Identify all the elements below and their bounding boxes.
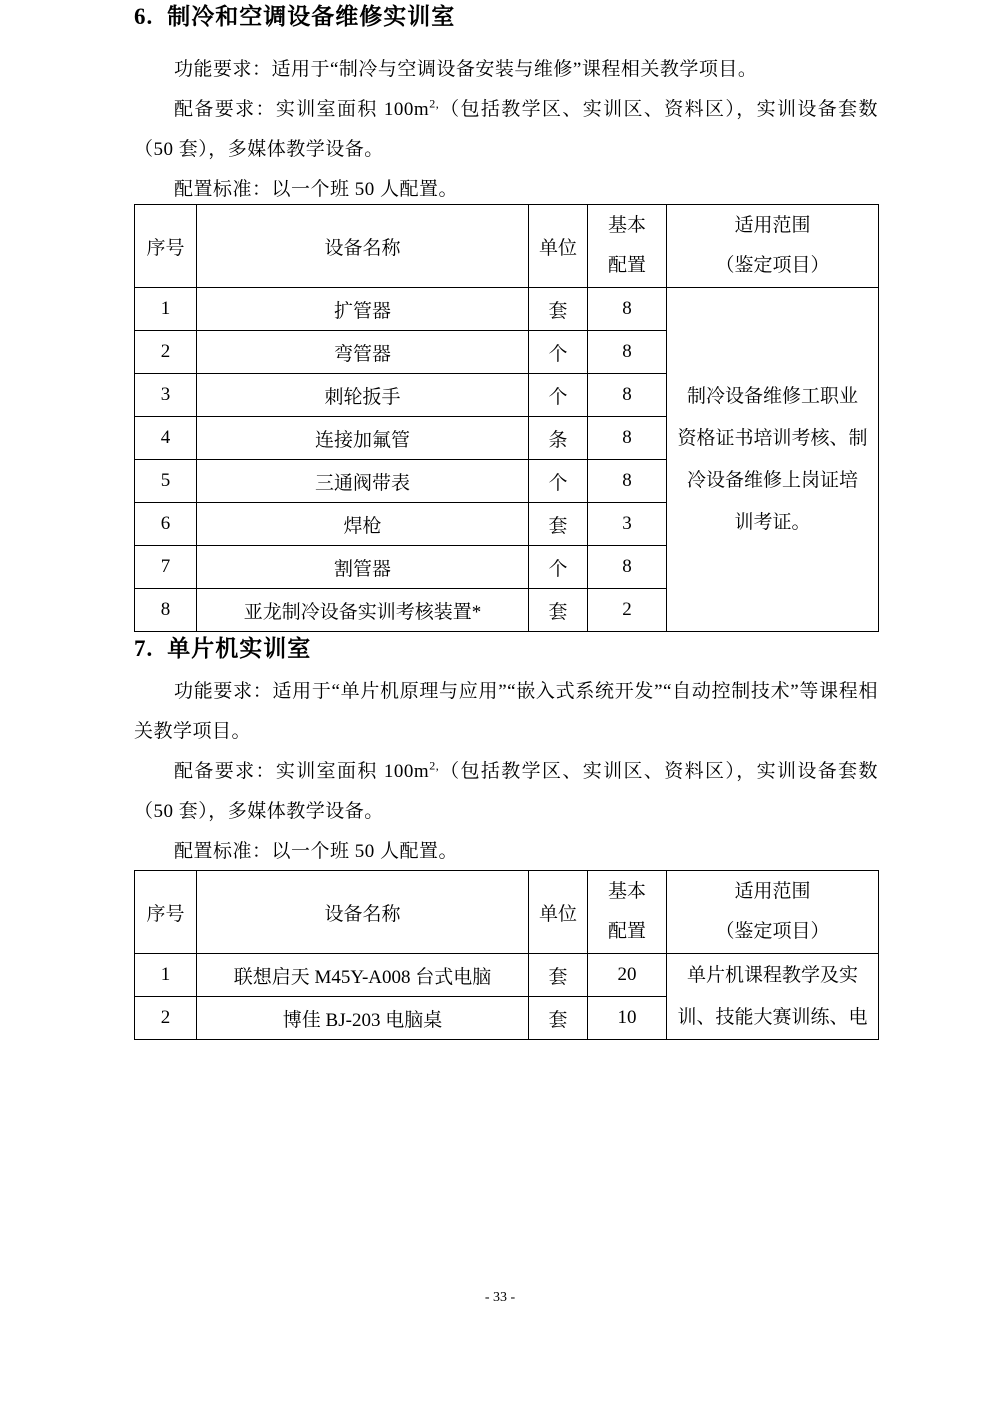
header-scope-cell: 适用范围 （鉴定项目） (667, 871, 879, 954)
header-name-cell: 设备名称 (197, 205, 529, 288)
header-scope-line2: （鉴定项目） (667, 912, 878, 952)
scope-line: 训、技能大赛训练、电 (667, 997, 878, 1039)
page-content: 6.制冷和空调设备维修实训室 功能要求：适用于“制冷与空调设备安装与维修”课程相… (134, 0, 878, 1040)
cell-name: 弯管器 (197, 331, 529, 374)
section-7-standard-paragraph: 配置标准：以一个班 50 人配置。 (134, 832, 878, 872)
section-7-function-paragraph: 功能要求：适用于“单片机原理与应用”“嵌入式系统开发”“自动控制技术”等课程相关… (134, 672, 878, 752)
cell-qty: 8 (588, 331, 667, 374)
table-header-row: 序号 设备名称 单位 基本 配置 适用范围 （鉴定项目） (135, 205, 879, 288)
cell-name: 焊枪 (197, 503, 529, 546)
document-page: 6.制冷和空调设备维修实训室 功能要求：适用于“制冷与空调设备安装与维修”课程相… (0, 0, 1000, 1414)
cell-no: 5 (135, 460, 197, 503)
cell-unit: 个 (529, 374, 588, 417)
section-6-title: 制冷和空调设备维修实训室 (167, 4, 455, 29)
header-basic-line1: 基本 (588, 206, 666, 246)
cell-qty: 8 (588, 288, 667, 331)
cell-qty: 3 (588, 503, 667, 546)
cell-no: 2 (135, 997, 197, 1040)
section-6-function-paragraph: 功能要求：适用于“制冷与空调设备安装与维修”课程相关教学项目。 (134, 50, 878, 90)
cell-qty: 8 (588, 374, 667, 417)
cell-qty: 8 (588, 460, 667, 503)
header-basic-line1: 基本 (588, 872, 666, 912)
equipment-text-before: 配备要求：实训室面积 100m (174, 99, 429, 120)
cell-no: 2 (135, 331, 197, 374)
cell-unit: 套 (529, 997, 588, 1040)
header-basic-cell: 基本 配置 (588, 871, 667, 954)
cell-name: 刺轮扳手 (197, 374, 529, 417)
cell-qty: 8 (588, 417, 667, 460)
scope-line: 单片机课程教学及实 (667, 955, 878, 997)
header-basic-line2: 配置 (588, 912, 666, 952)
cell-no: 6 (135, 503, 197, 546)
scope-line: 训考证。 (667, 502, 878, 544)
section-7-heading: 7.单片机实训室 (134, 632, 878, 666)
cell-unit: 套 (529, 589, 588, 632)
cell-no: 1 (135, 954, 197, 997)
cell-name: 三通阀带表 (197, 460, 529, 503)
cell-name: 博佳 BJ-203 电脑桌 (197, 997, 529, 1040)
cell-qty: 10 (588, 997, 667, 1040)
page-number: - 33 - (0, 1290, 1000, 1306)
table-header-row: 序号 设备名称 单位 基本 配置 适用范围 （鉴定项目） (135, 871, 879, 954)
scope-line: 资格证书培训考核、制 (667, 418, 878, 460)
header-basic-cell: 基本 配置 (588, 205, 667, 288)
section-7-equipment-paragraph: 配备要求：实训室面积 100m2,（包括教学区、实训区、资料区），实训设备套数（… (134, 752, 878, 832)
table-row: 1 联想启天 M45Y-A008 台式电脑 套 20 单片机课程教学及实 训、技… (135, 954, 879, 997)
cell-no: 3 (135, 374, 197, 417)
equipment-text-before: 配备要求：实训室面积 100m (174, 761, 429, 782)
scope-line: 制冷设备维修工职业 (667, 376, 878, 418)
header-unit-cell: 单位 (529, 871, 588, 954)
cell-unit: 套 (529, 503, 588, 546)
header-unit-cell: 单位 (529, 205, 588, 288)
cell-unit: 套 (529, 954, 588, 997)
cell-name: 连接加氟管 (197, 417, 529, 460)
equipment-table-section-6: 序号 设备名称 单位 基本 配置 适用范围 （鉴定项目） 1 扩管器 套 (134, 204, 879, 632)
table-row: 1 扩管器 套 8 制冷设备维修工职业 资格证书培训考核、制 冷设备维修上岗证培… (135, 288, 879, 331)
scope-merged-cell: 单片机课程教学及实 训、技能大赛训练、电 (667, 954, 879, 1040)
equipment-table-section-7: 序号 设备名称 单位 基本 配置 适用范围 （鉴定项目） 1 联想启天 M45Y… (134, 870, 879, 1040)
cell-unit: 个 (529, 331, 588, 374)
cell-name: 联想启天 M45Y-A008 台式电脑 (197, 954, 529, 997)
cell-no: 4 (135, 417, 197, 460)
section-7-title: 单片机实训室 (167, 636, 311, 661)
cell-unit: 条 (529, 417, 588, 460)
cell-no: 8 (135, 589, 197, 632)
cell-unit: 个 (529, 546, 588, 589)
header-scope-line1: 适用范围 (667, 206, 878, 246)
header-no-cell: 序号 (135, 871, 197, 954)
header-no-cell: 序号 (135, 205, 197, 288)
square-meter-superscript: 2, (429, 759, 439, 773)
section-6-number: 6. (134, 4, 153, 29)
cell-unit: 个 (529, 460, 588, 503)
cell-qty: 2 (588, 589, 667, 632)
scope-merged-cell: 制冷设备维修工职业 资格证书培训考核、制 冷设备维修上岗证培 训考证。 (667, 288, 879, 632)
section-7-number: 7. (134, 636, 153, 661)
cell-no: 7 (135, 546, 197, 589)
header-name-cell: 设备名称 (197, 871, 529, 954)
cell-unit: 套 (529, 288, 588, 331)
section-6-equipment-paragraph: 配备要求：实训室面积 100m2,（包括教学区、实训区、资料区），实训设备套数（… (134, 90, 878, 170)
header-scope-cell: 适用范围 （鉴定项目） (667, 205, 879, 288)
cell-name: 亚龙制冷设备实训考核装置* (197, 589, 529, 632)
header-scope-line1: 适用范围 (667, 872, 878, 912)
section-6-heading: 6.制冷和空调设备维修实训室 (134, 0, 878, 34)
cell-qty: 8 (588, 546, 667, 589)
cell-name: 割管器 (197, 546, 529, 589)
header-scope-line2: （鉴定项目） (667, 246, 878, 286)
cell-name: 扩管器 (197, 288, 529, 331)
cell-no: 1 (135, 288, 197, 331)
square-meter-superscript: 2, (429, 97, 439, 111)
cell-qty: 20 (588, 954, 667, 997)
scope-line: 冷设备维修上岗证培 (667, 460, 878, 502)
header-basic-line2: 配置 (588, 246, 666, 286)
